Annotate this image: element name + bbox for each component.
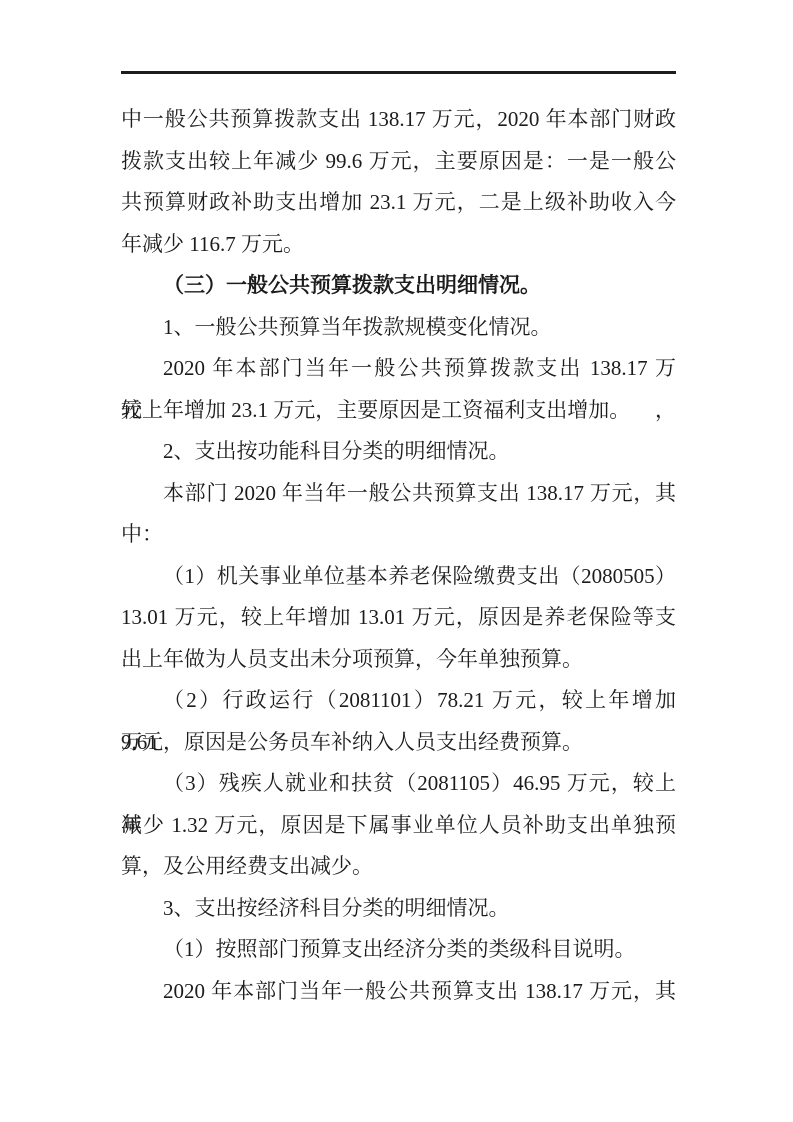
text-line: 2020 年本部门当年一般公共预算拨款支出 138.17 万元， — [121, 348, 676, 390]
text-line: 年减少 116.7 万元。 — [121, 224, 676, 266]
text-line: 出上年做为人员支出未分项预算，今年单独预算。 — [121, 639, 676, 681]
text-line: （3）残疾人就业和扶贫（2081105）46.95 万元，较上年 — [121, 763, 676, 805]
text-line: 共预算财政补助支出增加 23.1 万元，二是上级补助收入今 — [121, 182, 676, 224]
text-line: 2、支出按功能科目分类的明细情况。 — [121, 431, 676, 473]
section-heading: （三）一般公共预算拨款支出明细情况。 — [121, 265, 676, 307]
text-line: 减少 1.32 万元，原因是下属事业单位人员补助支出单独预 — [121, 805, 676, 847]
document-body: 中一般公共预算拨款支出 138.17 万元，2020 年本部门财政 拨款支出较上… — [121, 99, 676, 1012]
text-line: 本部门 2020 年当年一般公共预算支出 138.17 万元，其 — [121, 473, 676, 515]
text-line: 1、一般公共预算当年拨款规模变化情况。 — [121, 307, 676, 349]
document-page: 中一般公共预算拨款支出 138.17 万元，2020 年本部门财政 拨款支出较上… — [0, 0, 793, 1122]
text-line: （1）机关事业单位基本养老保险缴费支出（2080505） — [121, 556, 676, 598]
text-line: 算，及公用经费支出减少。 — [121, 846, 676, 888]
text-line: 中一般公共预算拨款支出 138.17 万元，2020 年本部门财政 — [121, 99, 676, 141]
text-line: 2020 年本部门当年一般公共预算支出 138.17 万元，其 — [121, 971, 676, 1013]
text-line: 3、支出按经济科目分类的明细情况。 — [121, 888, 676, 930]
text-line: （1）按照部门预算支出经济分类的类级科目说明。 — [121, 929, 676, 971]
text-line: 较上年增加 23.1 万元，主要原因是工资福利支出增加。 — [121, 390, 676, 432]
text-line: （2）行政运行（2081101）78.21 万元，较上年增加 9.61 — [121, 680, 676, 722]
text-line: 万元，原因是公务员车补纳入人员支出经费预算。 — [121, 722, 676, 764]
text-line: 中： — [121, 514, 676, 556]
text-line: 拨款支出较上年减少 99.6 万元，主要原因是：一是一般公 — [121, 141, 676, 183]
header-rule — [121, 71, 676, 74]
text-line: 13.01 万元，较上年增加 13.01 万元，原因是养老保险等支 — [121, 597, 676, 639]
